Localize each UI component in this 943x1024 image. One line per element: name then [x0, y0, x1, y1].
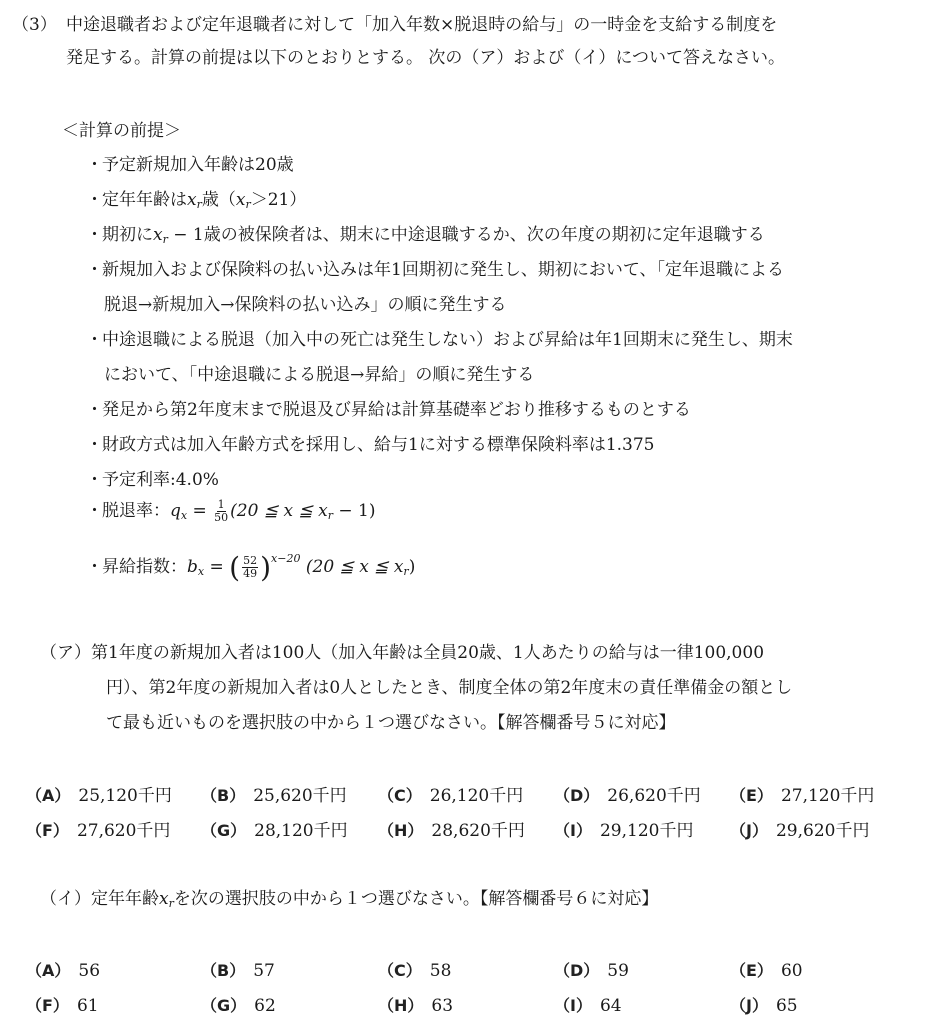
premise-item: ・中途退職による脱退（加入中の死亡は発生しない）および昇給は年1回期末に発生し、…: [86, 325, 793, 350]
part-a-label: （ア）: [40, 643, 91, 663]
part-a-question: （ア）第1年度の新規加入者は100人（加入年齢は全員20歳、1人あたりの給与は一…: [40, 638, 764, 663]
choice-b-D[interactable]: （D）59: [554, 958, 629, 981]
question-text-line1: 中途退職者および定年退職者に対して「加入年数×脱退時の給与」の一時金を支給する制…: [66, 10, 777, 35]
choice-b-E[interactable]: （E）60: [730, 958, 803, 981]
question-text-line2: 発足する。計算の前提は以下のとおりとする。 次の（ア）および（イ）について答えな…: [66, 43, 785, 68]
choice-a-D[interactable]: （D）26,620千円: [554, 781, 701, 806]
premise-item-continuation: において、「中途退職による脱退→昇給」の順に発生する: [104, 360, 534, 385]
premise-item: ・予定利率:4.0%: [86, 465, 219, 490]
premise-item-continuation: 脱退→新規加入→保険料の払い込み」の順に発生する: [104, 290, 507, 315]
question-number: （3）: [12, 10, 57, 35]
choice-b-B[interactable]: （B）57: [201, 958, 275, 981]
choice-b-A[interactable]: （A）56: [26, 958, 100, 981]
premise-item: ・期初にxr − 1歳の被保険者は、期末に中途退職するか、次の年度の期初に定年退…: [86, 220, 765, 246]
choice-b-C[interactable]: （C）58: [378, 958, 451, 981]
premise-item-salary-index: ・昇給指数：bx = (5249)x−20 (20 ≦ x ≦ xr): [86, 551, 415, 584]
part-b-question: （イ）定年年齢xrを次の選択肢の中から１つ選びなさい。【解答欄番号６に対応】: [40, 884, 658, 910]
fraction: 150: [214, 499, 228, 524]
bullet-icon: ・: [86, 430, 102, 455]
part-a-line3: て最も近いものを選択肢の中から１つ選びなさい。【解答欄番号５に対応】: [106, 708, 676, 733]
bullet-icon: ・: [86, 552, 102, 577]
bullet-icon: ・: [86, 395, 102, 420]
premises-title: ＜計算の前提＞: [62, 116, 181, 141]
bullet-icon: ・: [86, 185, 102, 210]
choice-a-J[interactable]: （J）29,620千円: [730, 816, 869, 841]
premise-item: ・発足から第2年度末まで脱退及び昇給は計算基礎率どおり推移するものとする: [86, 395, 691, 420]
part-a-line2: 円）、第2年度の新規加入者は0人としたとき、制度全体の第2年度末の責任準備金の額…: [106, 673, 792, 698]
choice-b-H[interactable]: （H）63: [378, 993, 453, 1016]
premise-item: ・予定新規加入年齢は20歳: [86, 150, 294, 175]
choice-a-I[interactable]: （I）29,120千円: [554, 816, 693, 841]
premise-item: ・定年年齢はxr歳（xr＞21）: [86, 185, 306, 211]
choice-a-B[interactable]: （B）25,620千円: [201, 781, 347, 806]
choice-a-H[interactable]: （H）28,620千円: [378, 816, 525, 841]
choice-a-A[interactable]: （A）25,120千円: [26, 781, 172, 806]
bullet-icon: ・: [86, 325, 102, 350]
bullet-icon: ・: [86, 496, 102, 521]
premise-item: ・新規加入および保険料の払い込みは年1回期初に発生し、期初において、「定年退職に…: [86, 255, 784, 280]
choice-a-G[interactable]: （G）28,120千円: [201, 816, 348, 841]
choice-a-F[interactable]: （F）27,620千円: [26, 816, 170, 841]
bullet-icon: ・: [86, 150, 102, 175]
bullet-icon: ・: [86, 220, 102, 245]
premise-item-withdrawal-rate: ・脱退率：qx = 150(20 ≦ x ≦ xr − 1): [86, 496, 375, 524]
choice-b-I[interactable]: （I）64: [554, 993, 622, 1016]
choice-b-J[interactable]: （J）65: [730, 993, 798, 1016]
choice-a-E[interactable]: （E）27,120千円: [730, 781, 874, 806]
part-b-label: （イ）: [40, 889, 91, 909]
fraction: 5249: [242, 555, 258, 580]
math-var: x: [187, 190, 197, 210]
bullet-icon: ・: [86, 465, 102, 490]
premise-item: ・財政方式は加入年齢方式を採用し、給与1に対する標準保険料率は1.375: [86, 430, 654, 455]
choice-b-F[interactable]: （F）61: [26, 993, 99, 1016]
choice-a-C[interactable]: （C）26,120千円: [378, 781, 523, 806]
bullet-icon: ・: [86, 255, 102, 280]
choice-b-G[interactable]: （G）62: [201, 993, 276, 1016]
